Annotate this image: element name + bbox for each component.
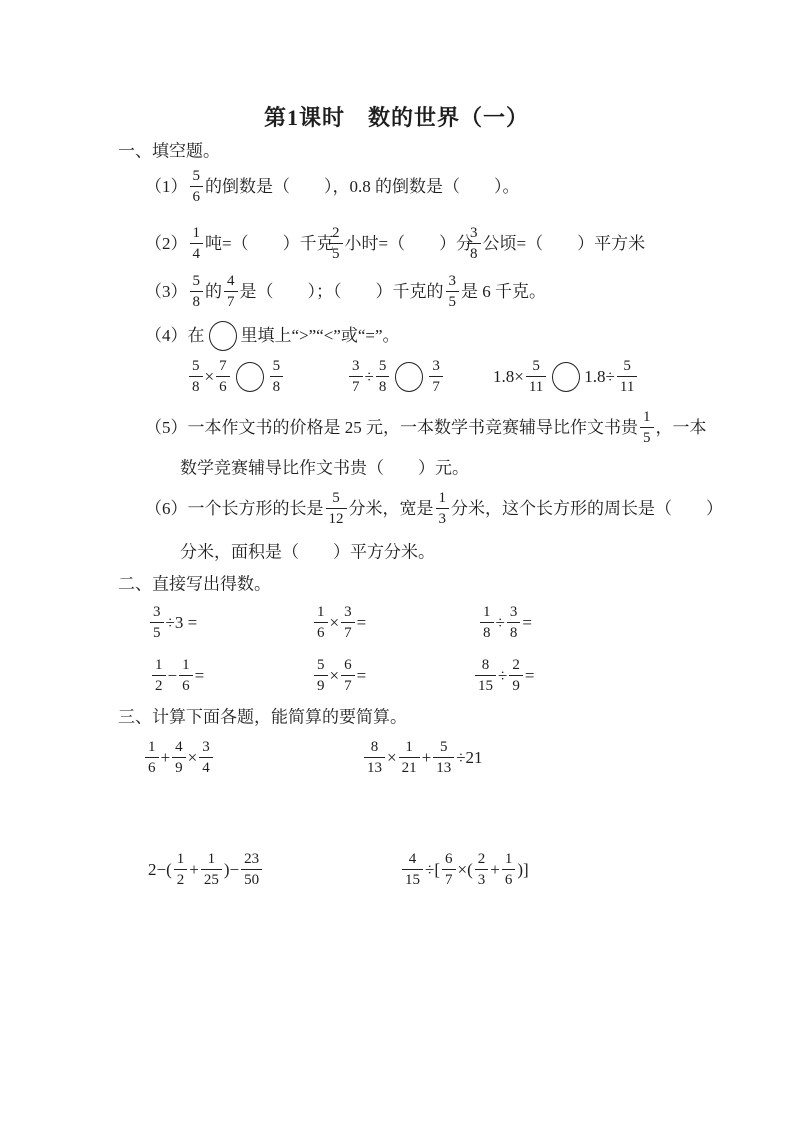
fraction-denominator: 8 [189, 376, 203, 395]
s2-r2c3: 815÷29= [473, 658, 534, 694]
fraction: 511 [617, 359, 637, 395]
fraction: 29 [509, 658, 523, 694]
section3-heading: 三、计算下面各题，能简算的要简算。 [118, 706, 407, 727]
math-text: + [161, 747, 171, 768]
fraction: 23 [475, 852, 489, 888]
fraction-numerator: 4 [172, 740, 186, 757]
math-text: × [330, 665, 340, 686]
math-text: + [422, 747, 432, 768]
q2-part1: （2）14吨=（ ）千克 [145, 226, 334, 262]
fraction-numerator: 5 [329, 491, 343, 508]
fraction-denominator: 8 [480, 622, 494, 641]
fraction-denominator: 3 [436, 508, 450, 527]
fraction-denominator: 7 [349, 376, 363, 395]
fraction: 38 [507, 605, 521, 641]
fraction-numerator: 5 [189, 359, 203, 376]
fraction: 76 [216, 359, 230, 395]
fraction-denominator: 5 [329, 243, 343, 262]
fraction-denominator: 8 [376, 376, 390, 395]
s2-r1c1: 35÷3 = [148, 605, 197, 641]
fraction-denominator: 2 [152, 675, 166, 694]
fraction-denominator: 5 [150, 622, 164, 641]
fraction: 35 [446, 274, 460, 310]
math-text: ÷3 = [166, 612, 198, 633]
fraction-numerator: 5 [529, 359, 543, 376]
math-text: × [205, 366, 215, 387]
fraction: 16 [502, 852, 516, 888]
math-text: 吨=（ ）千克 [205, 233, 334, 254]
fraction: 37 [349, 359, 363, 395]
math-text: （1） [145, 176, 188, 197]
q5-line1: （5）一本作文书的价格是 25 元，一本数学书竞赛辅导比作文书贵15，一本 [145, 410, 707, 446]
fraction-numerator: 8 [368, 740, 382, 757]
fraction: 125 [201, 852, 222, 888]
fraction-denominator: 13 [364, 757, 385, 776]
math-text: + [490, 859, 500, 880]
math-text: 的 [205, 281, 222, 302]
fraction-numerator: 6 [442, 852, 456, 869]
fraction: 59 [314, 658, 328, 694]
q6-line2: 分米，面积是（ ）平方分米。 [180, 541, 435, 562]
math-text: 数学竞赛辅导比作文书贵（ ）元。 [180, 457, 469, 478]
fraction-numerator: 1 [314, 605, 328, 622]
fraction: 2350 [241, 852, 262, 888]
fraction-denominator: 6 [190, 186, 204, 205]
fraction: 67 [442, 852, 456, 888]
fraction-numerator: 5 [376, 359, 390, 376]
fraction: 49 [172, 740, 186, 776]
comparison-circle-blank [236, 362, 264, 392]
comparison-circle-blank [395, 362, 423, 392]
q2-part3: 38公顷=（ ）平方米 [465, 226, 645, 262]
fraction: 35 [150, 605, 164, 641]
math-text: 二、直接写出得数。 [118, 573, 271, 594]
math-text: （5）一本作文书的价格是 25 元，一本数学书竞赛辅导比作文书贵 [145, 417, 638, 438]
math-text: )− [224, 859, 239, 880]
fraction-denominator: 6 [502, 869, 516, 888]
math-text: = [522, 612, 532, 633]
fraction: 47 [224, 274, 238, 310]
fraction: 121 [399, 740, 420, 776]
worksheet-page: 第1课时 数的世界（一） 一、填空题。（1）56的倒数是（ ），0.8 的倒数是… [0, 0, 793, 1122]
fraction-numerator: 3 [150, 605, 164, 622]
fraction-denominator: 8 [467, 243, 481, 262]
fraction-denominator: 25 [201, 869, 222, 888]
fraction: 415 [402, 852, 423, 888]
fraction-denominator: 6 [314, 622, 328, 641]
math-text: ×( [458, 859, 473, 880]
fraction-denominator: 13 [433, 757, 454, 776]
fraction-denominator: 50 [241, 869, 262, 888]
fraction-denominator: 8 [190, 291, 204, 310]
fraction: 14 [190, 226, 204, 262]
fraction: 58 [376, 359, 390, 395]
fraction-numerator: 5 [270, 359, 284, 376]
fraction: 13 [436, 491, 450, 527]
math-text: × [330, 612, 340, 633]
fraction-numerator: 6 [341, 658, 355, 675]
s3-r1c2: 813×121+513÷21 [362, 740, 483, 776]
fraction: 512 [326, 491, 347, 527]
fraction-numerator: 3 [467, 226, 481, 243]
fraction: 12 [174, 852, 188, 888]
fraction: 513 [433, 740, 454, 776]
math-text: × [387, 747, 397, 768]
s2-r2c2: 59×67= [312, 658, 366, 694]
fraction-numerator: 4 [406, 852, 420, 869]
fraction-numerator: 3 [341, 605, 355, 622]
fraction: 16 [314, 605, 328, 641]
fraction-numerator: 1 [145, 740, 159, 757]
fraction-denominator: 15 [475, 675, 496, 694]
fraction-denominator: 5 [640, 427, 654, 446]
fraction-denominator: 6 [179, 675, 193, 694]
fraction: 16 [145, 740, 159, 776]
fraction-numerator: 3 [446, 274, 460, 291]
section1-heading: 一、填空题。 [118, 140, 220, 161]
fraction: 58 [189, 359, 203, 395]
math-text: 一、填空题。 [118, 140, 220, 161]
s3-r2c2: 415÷[67×(23+16)] [400, 852, 529, 888]
math-text: + [189, 859, 199, 880]
fraction-denominator: 7 [442, 869, 456, 888]
q3-line: （3）58的47是（ ）；（ ）千克的35是 6 千克。 [145, 274, 546, 310]
fraction-denominator: 6 [145, 757, 159, 776]
fraction-numerator: 2 [509, 658, 523, 675]
q6-line1: （6）一个长方形的长是512分米，宽是13分米，这个长方形的周长是（ ） [145, 491, 723, 527]
fraction: 56 [190, 169, 204, 205]
fraction: 34 [199, 740, 213, 776]
math-text: 里填上“>”“<”或“=”。 [241, 325, 400, 346]
s2-r1c2: 16×37= [312, 605, 366, 641]
q4-line: （4）在里填上“>”“<”或“=”。 [145, 321, 400, 351]
fraction-numerator: 3 [429, 359, 443, 376]
fraction-denominator: 2 [174, 869, 188, 888]
fraction: 18 [480, 605, 494, 641]
math-text: ÷ [496, 612, 505, 633]
fraction: 511 [526, 359, 546, 395]
fraction: 16 [179, 658, 193, 694]
math-text: ，一本 [656, 417, 707, 438]
fraction-numerator: 7 [216, 359, 230, 376]
math-text: )] [517, 859, 528, 880]
math-text: = [525, 665, 535, 686]
fraction-numerator: 8 [479, 658, 493, 675]
fraction-denominator: 11 [526, 376, 546, 395]
fraction-numerator: 1 [190, 226, 204, 243]
fraction-numerator: 2 [475, 852, 489, 869]
math-text: 的倒数是（ ），0.8 的倒数是（ ）。 [205, 176, 520, 197]
math-text: （6）一个长方形的长是 [145, 498, 324, 519]
fraction: 12 [152, 658, 166, 694]
fraction-denominator: 11 [617, 376, 637, 395]
math-text: （3） [145, 281, 188, 302]
fraction: 815 [475, 658, 496, 694]
fraction-numerator: 5 [620, 359, 634, 376]
fraction: 15 [640, 410, 654, 446]
fraction-denominator: 8 [270, 376, 284, 395]
fraction: 37 [341, 605, 355, 641]
fraction-numerator: 1 [205, 852, 219, 869]
math-text: 是（ ）；（ ）千克的 [240, 281, 444, 302]
fraction-denominator: 15 [402, 869, 423, 888]
math-text: = [195, 665, 205, 686]
comparison-circle-blank [552, 362, 580, 392]
fraction-numerator: 5 [437, 740, 451, 757]
fraction: 67 [341, 658, 355, 694]
math-text: ÷[ [425, 859, 440, 880]
math-text: 三、计算下面各题，能简算的要简算。 [118, 706, 407, 727]
page-title: 第1课时 数的世界（一） [0, 101, 793, 132]
fraction-denominator: 4 [199, 757, 213, 776]
math-text: = [357, 665, 367, 686]
q4-compare-3: 1.8×5111.8÷511 [493, 359, 639, 395]
q4-compare-2: 37÷5837 [347, 359, 445, 395]
fraction-numerator: 3 [349, 359, 363, 376]
s3-r2c1: 2−(12+125)−2350 [148, 852, 264, 888]
s2-r1c3: 18÷38= [478, 605, 532, 641]
math-text: × [188, 747, 198, 768]
q1-line: （1）56的倒数是（ ），0.8 的倒数是（ ）。 [145, 169, 520, 205]
fraction: 813 [364, 740, 385, 776]
math-text: 小时=（ ）分 [345, 233, 474, 254]
fraction-numerator: 5 [190, 169, 204, 186]
fraction-denominator: 3 [475, 869, 489, 888]
comparison-circle-blank [209, 321, 237, 351]
fraction-denominator: 21 [399, 757, 420, 776]
fraction-numerator: 1 [480, 605, 494, 622]
math-text: 分米，这个长方形的周长是（ ） [451, 498, 723, 519]
math-text: 公顷=（ ）平方米 [483, 233, 646, 254]
fraction-denominator: 8 [507, 622, 521, 641]
fraction-numerator: 1 [179, 658, 193, 675]
math-text: ÷ [365, 366, 374, 387]
fraction-numerator: 1 [640, 410, 654, 427]
fraction-numerator: 3 [199, 740, 213, 757]
fraction-numerator: 1 [436, 491, 450, 508]
fraction-denominator: 12 [326, 508, 347, 527]
fraction-denominator: 7 [341, 675, 355, 694]
math-text: = [357, 612, 367, 633]
fraction-numerator: 5 [314, 658, 328, 675]
math-text: 1.8× [493, 366, 524, 387]
fraction-numerator: 2 [329, 226, 343, 243]
fraction: 37 [429, 359, 443, 395]
fraction-numerator: 1 [402, 740, 416, 757]
q5-line2: 数学竞赛辅导比作文书贵（ ）元。 [180, 457, 469, 478]
fraction-denominator: 5 [446, 291, 460, 310]
q2-part2: 25小时=（ ）分 [327, 226, 473, 262]
fraction-numerator: 5 [190, 274, 204, 291]
s2-r2c1: 12−16= [150, 658, 204, 694]
fraction-denominator: 9 [314, 675, 328, 694]
s3-r1c1: 16+49×34 [143, 740, 215, 776]
math-text: （2） [145, 233, 188, 254]
math-text: ÷ [498, 665, 507, 686]
fraction-numerator: 1 [502, 852, 516, 869]
q4-compare-1: 58×7658 [187, 359, 285, 395]
fraction: 38 [467, 226, 481, 262]
fraction-numerator: 23 [241, 852, 262, 869]
fraction-denominator: 4 [190, 243, 204, 262]
math-text: 分米，面积是（ ）平方分米。 [180, 541, 435, 562]
fraction-numerator: 1 [174, 852, 188, 869]
math-text: 2−( [148, 859, 172, 880]
fraction-denominator: 9 [509, 675, 523, 694]
math-text: 是 6 千克。 [461, 281, 546, 302]
math-text: ÷21 [456, 747, 482, 768]
math-text: − [168, 665, 178, 686]
fraction-denominator: 7 [224, 291, 238, 310]
fraction: 58 [270, 359, 284, 395]
fraction: 58 [190, 274, 204, 310]
fraction-denominator: 7 [429, 376, 443, 395]
math-text: （4）在 [145, 325, 205, 346]
math-text: 分米，宽是 [349, 498, 434, 519]
fraction-denominator: 9 [172, 757, 186, 776]
fraction-denominator: 7 [341, 622, 355, 641]
section2-heading: 二、直接写出得数。 [118, 573, 271, 594]
fraction-numerator: 4 [224, 274, 238, 291]
fraction-numerator: 3 [507, 605, 521, 622]
fraction-numerator: 1 [152, 658, 166, 675]
fraction-denominator: 6 [216, 376, 230, 395]
fraction: 25 [329, 226, 343, 262]
math-text: 1.8÷ [584, 366, 615, 387]
